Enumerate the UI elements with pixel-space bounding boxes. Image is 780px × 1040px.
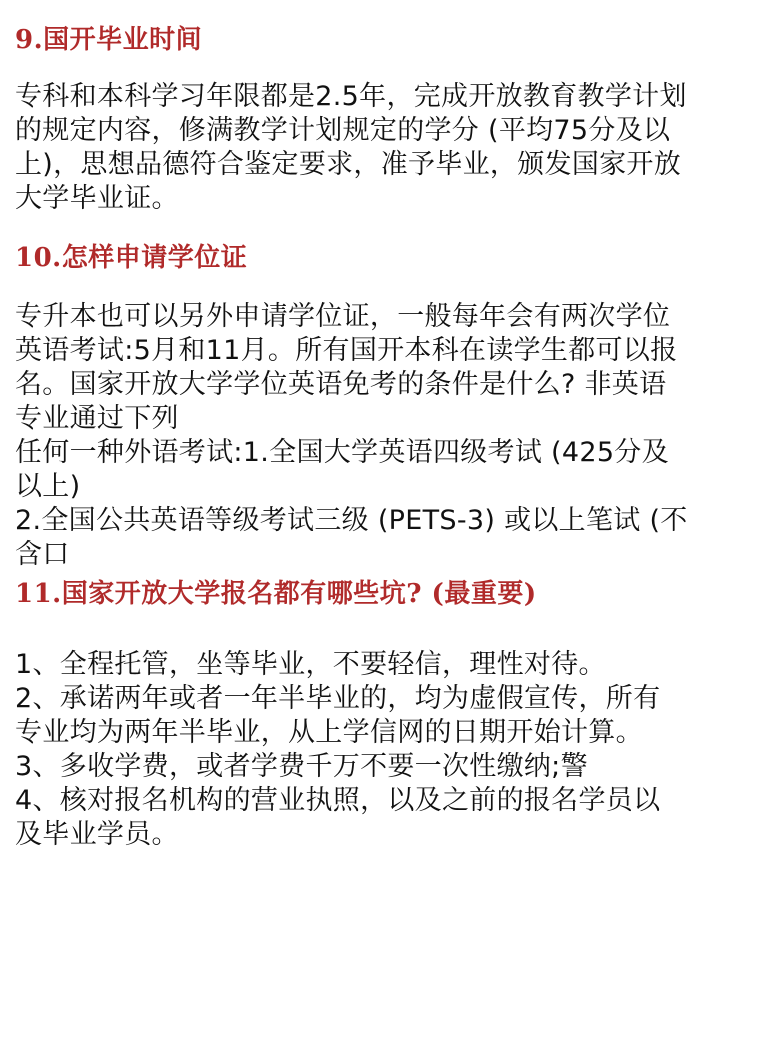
body-line: 2.全国公共英语等级考试三级 (PETS-3) 或以上笔试 (不 <box>15 504 767 538</box>
list-item: 4、核对报名机构的营业执照，以及之前的报名学员以 <box>15 784 767 818</box>
section-body-degree-application: 专升本也可以另外申请学位证，一般每年会有两次学位 英语考试:5月和11月。所有国… <box>15 300 767 572</box>
body-line: 任何一种外语考试:1.全国大学英语四级考试 (425分及 <box>15 436 767 470</box>
section-heading-enrollment-pitfalls: 11.国家开放大学报名都有哪些坑? (最重要) <box>15 578 537 610</box>
section-heading-degree-application: 10.怎样申请学位证 <box>15 242 247 274</box>
list-item: 3、多收学费，或者学费千万不要一次性缴纳;警 <box>15 750 767 784</box>
list-item: 及毕业学员。 <box>15 818 767 852</box>
body-line: 的规定内容，修满教学计划规定的学分 (平均75分及以 <box>15 114 767 148</box>
body-line: 英语考试:5月和11月。所有国开本科在读学生都可以报 <box>15 334 767 368</box>
body-line: 名。国家开放大学学位英语免考的条件是什么? 非英语 <box>15 368 767 402</box>
body-line: 专升本也可以另外申请学位证，一般每年会有两次学位 <box>15 300 767 334</box>
body-line: 以上) <box>15 470 767 504</box>
body-line: 含口 <box>15 538 767 572</box>
section-body-graduation-time: 专科和本科学习年限都是2.5年，完成开放教育教学计划 的规定内容，修满教学计划规… <box>15 80 767 216</box>
list-item: 2、承诺两年或者一年半毕业的，均为虚假宣传，所有 <box>15 682 767 716</box>
section-body-enrollment-pitfalls: 1、全程托管，坐等毕业，不要轻信，理性对待。 2、承诺两年或者一年半毕业的，均为… <box>15 648 767 852</box>
list-item: 专业均为两年半毕业，从上学信网的日期开始计算。 <box>15 716 767 750</box>
body-line: 大学毕业证。 <box>15 182 767 216</box>
section-heading-graduation-time: 9.国开毕业时间 <box>15 24 202 56</box>
body-line: 上)，思想品德符合鉴定要求，准予毕业，颁发国家开放 <box>15 148 767 182</box>
body-line: 专业通过下列 <box>15 402 767 436</box>
list-item: 1、全程托管，坐等毕业，不要轻信，理性对待。 <box>15 648 767 682</box>
body-line: 专科和本科学习年限都是2.5年，完成开放教育教学计划 <box>15 80 767 114</box>
